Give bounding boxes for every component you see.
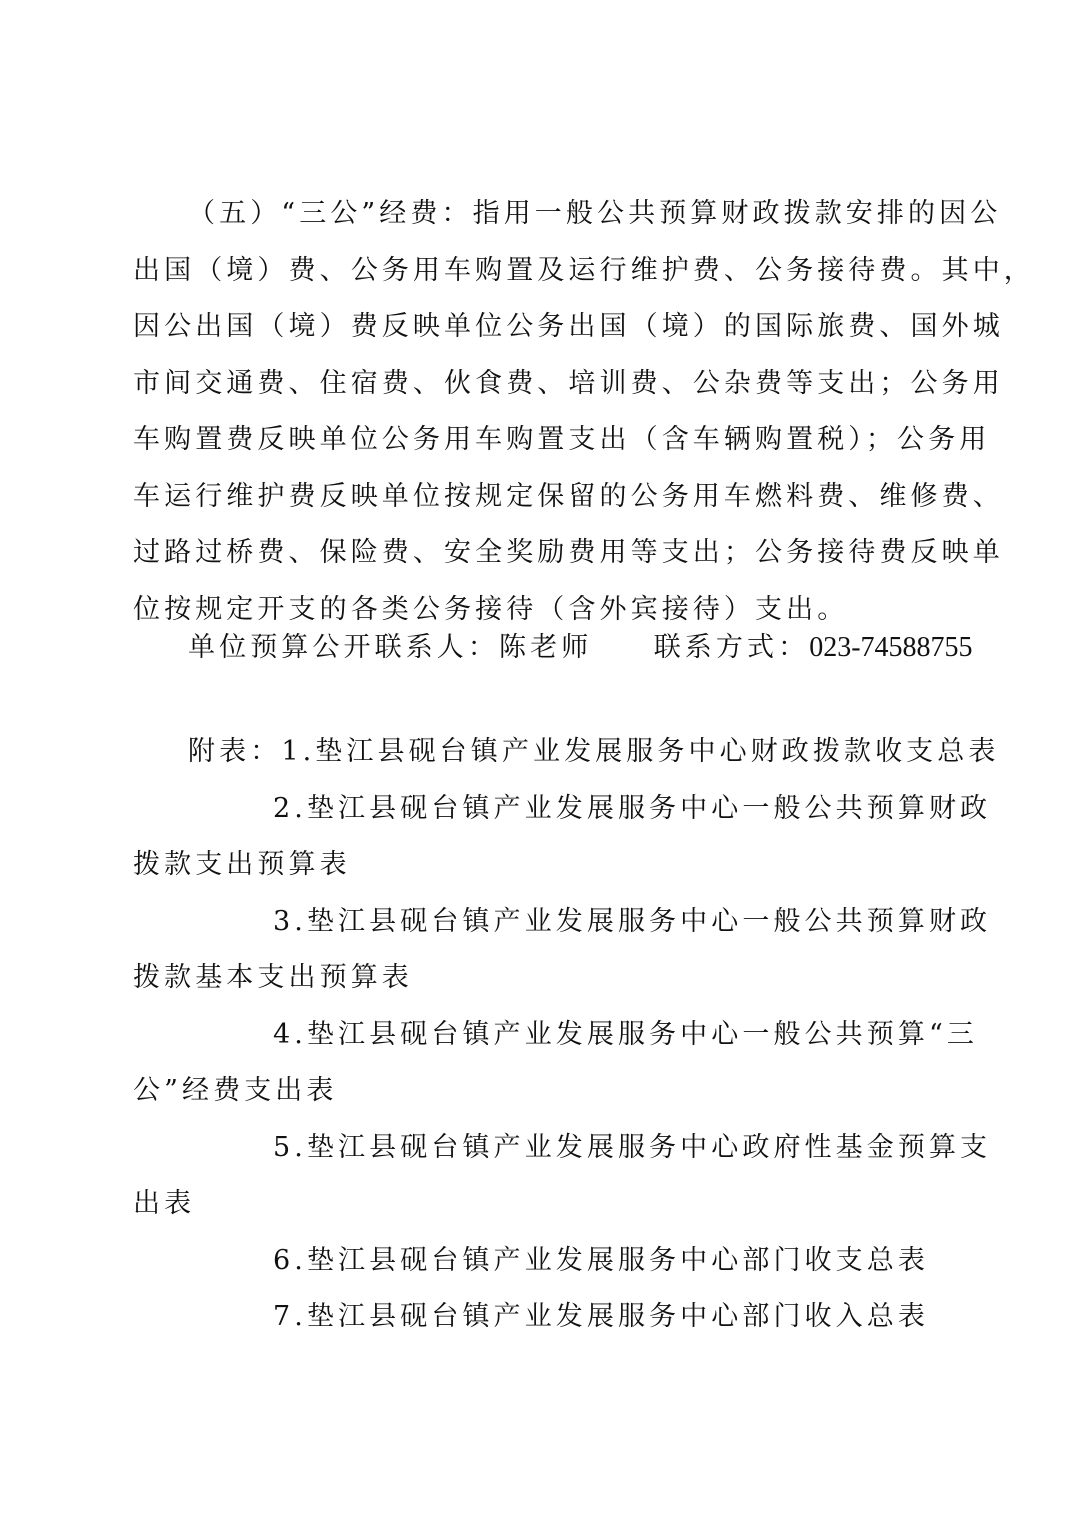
paragraph-line: 因公出国（境）费反映单位公务出国（境）的国际旅费、国外城 <box>133 309 941 345</box>
attachment-item: 附表：1.垫江县砚台镇产业发展服务中心财政拨款收支总表 <box>188 734 999 770</box>
contact-phone-label: 联系方式： <box>654 632 810 663</box>
paragraph-line: 市间交通费、住宿费、伙食费、培训费、公杂费等支出；公务用 <box>133 366 941 402</box>
attachment-item: 5.垫江县砚台镇产业发展服务中心政府性基金预算支 <box>273 1130 941 1166</box>
contact-person-label: 单位预算公开联系人： <box>188 632 499 663</box>
attachment-item: 7.垫江县砚台镇产业发展服务中心部门收入总表 <box>273 1299 929 1335</box>
document-page: （五）“三公”经费：指用一般公共预算财政拨款安排的因公 出国（境）费、公务用车购… <box>0 0 1074 1520</box>
contact-person: 陈老师 <box>499 632 592 663</box>
attachment-item: 6.垫江县砚台镇产业发展服务中心部门收支总表 <box>273 1243 929 1279</box>
attachment-item-continued: 拨款支出预算表 <box>133 847 351 883</box>
attachment-item: 2.垫江县砚台镇产业发展服务中心一般公共预算财政 <box>273 791 941 827</box>
contact-line: 单位预算公开联系人：陈老师 联系方式：023-74588755 <box>188 630 973 666</box>
paragraph-line: 过路过桥费、保险费、安全奖励费用等支出；公务接待费反映单 <box>133 535 941 571</box>
attachment-item-continued: 拨款基本支出预算表 <box>133 960 413 996</box>
attachment-item-continued: 出表 <box>133 1186 195 1222</box>
paragraph-line: 车运行维护费反映单位按规定保留的公务用车燃料费、维修费、 <box>133 479 941 515</box>
attachments-label: 附表： <box>188 736 281 767</box>
attachment-title: 1.垫江县砚台镇产业发展服务中心财政拨款收支总表 <box>281 736 999 767</box>
attachment-item-continued: 公”经费支出表 <box>133 1073 338 1109</box>
paragraph-line: （五）“三公”经费：指用一般公共预算财政拨款安排的因公 <box>188 196 941 232</box>
paragraph-line: 车购置费反映单位公务用车购置支出（含车辆购置税）；公务用 <box>133 422 941 458</box>
paragraph-line: 位按规定开支的各类公务接待（含外宾接待）支出。 <box>133 592 848 628</box>
contact-phone: 023-74588755 <box>809 632 972 663</box>
paragraph-line: 出国（境）费、公务用车购置及运行维护费、公务接待费。其中， <box>133 253 941 289</box>
attachment-item: 4.垫江县砚台镇产业发展服务中心一般公共预算“三 <box>273 1017 941 1053</box>
attachment-item: 3.垫江县砚台镇产业发展服务中心一般公共预算财政 <box>273 904 941 940</box>
